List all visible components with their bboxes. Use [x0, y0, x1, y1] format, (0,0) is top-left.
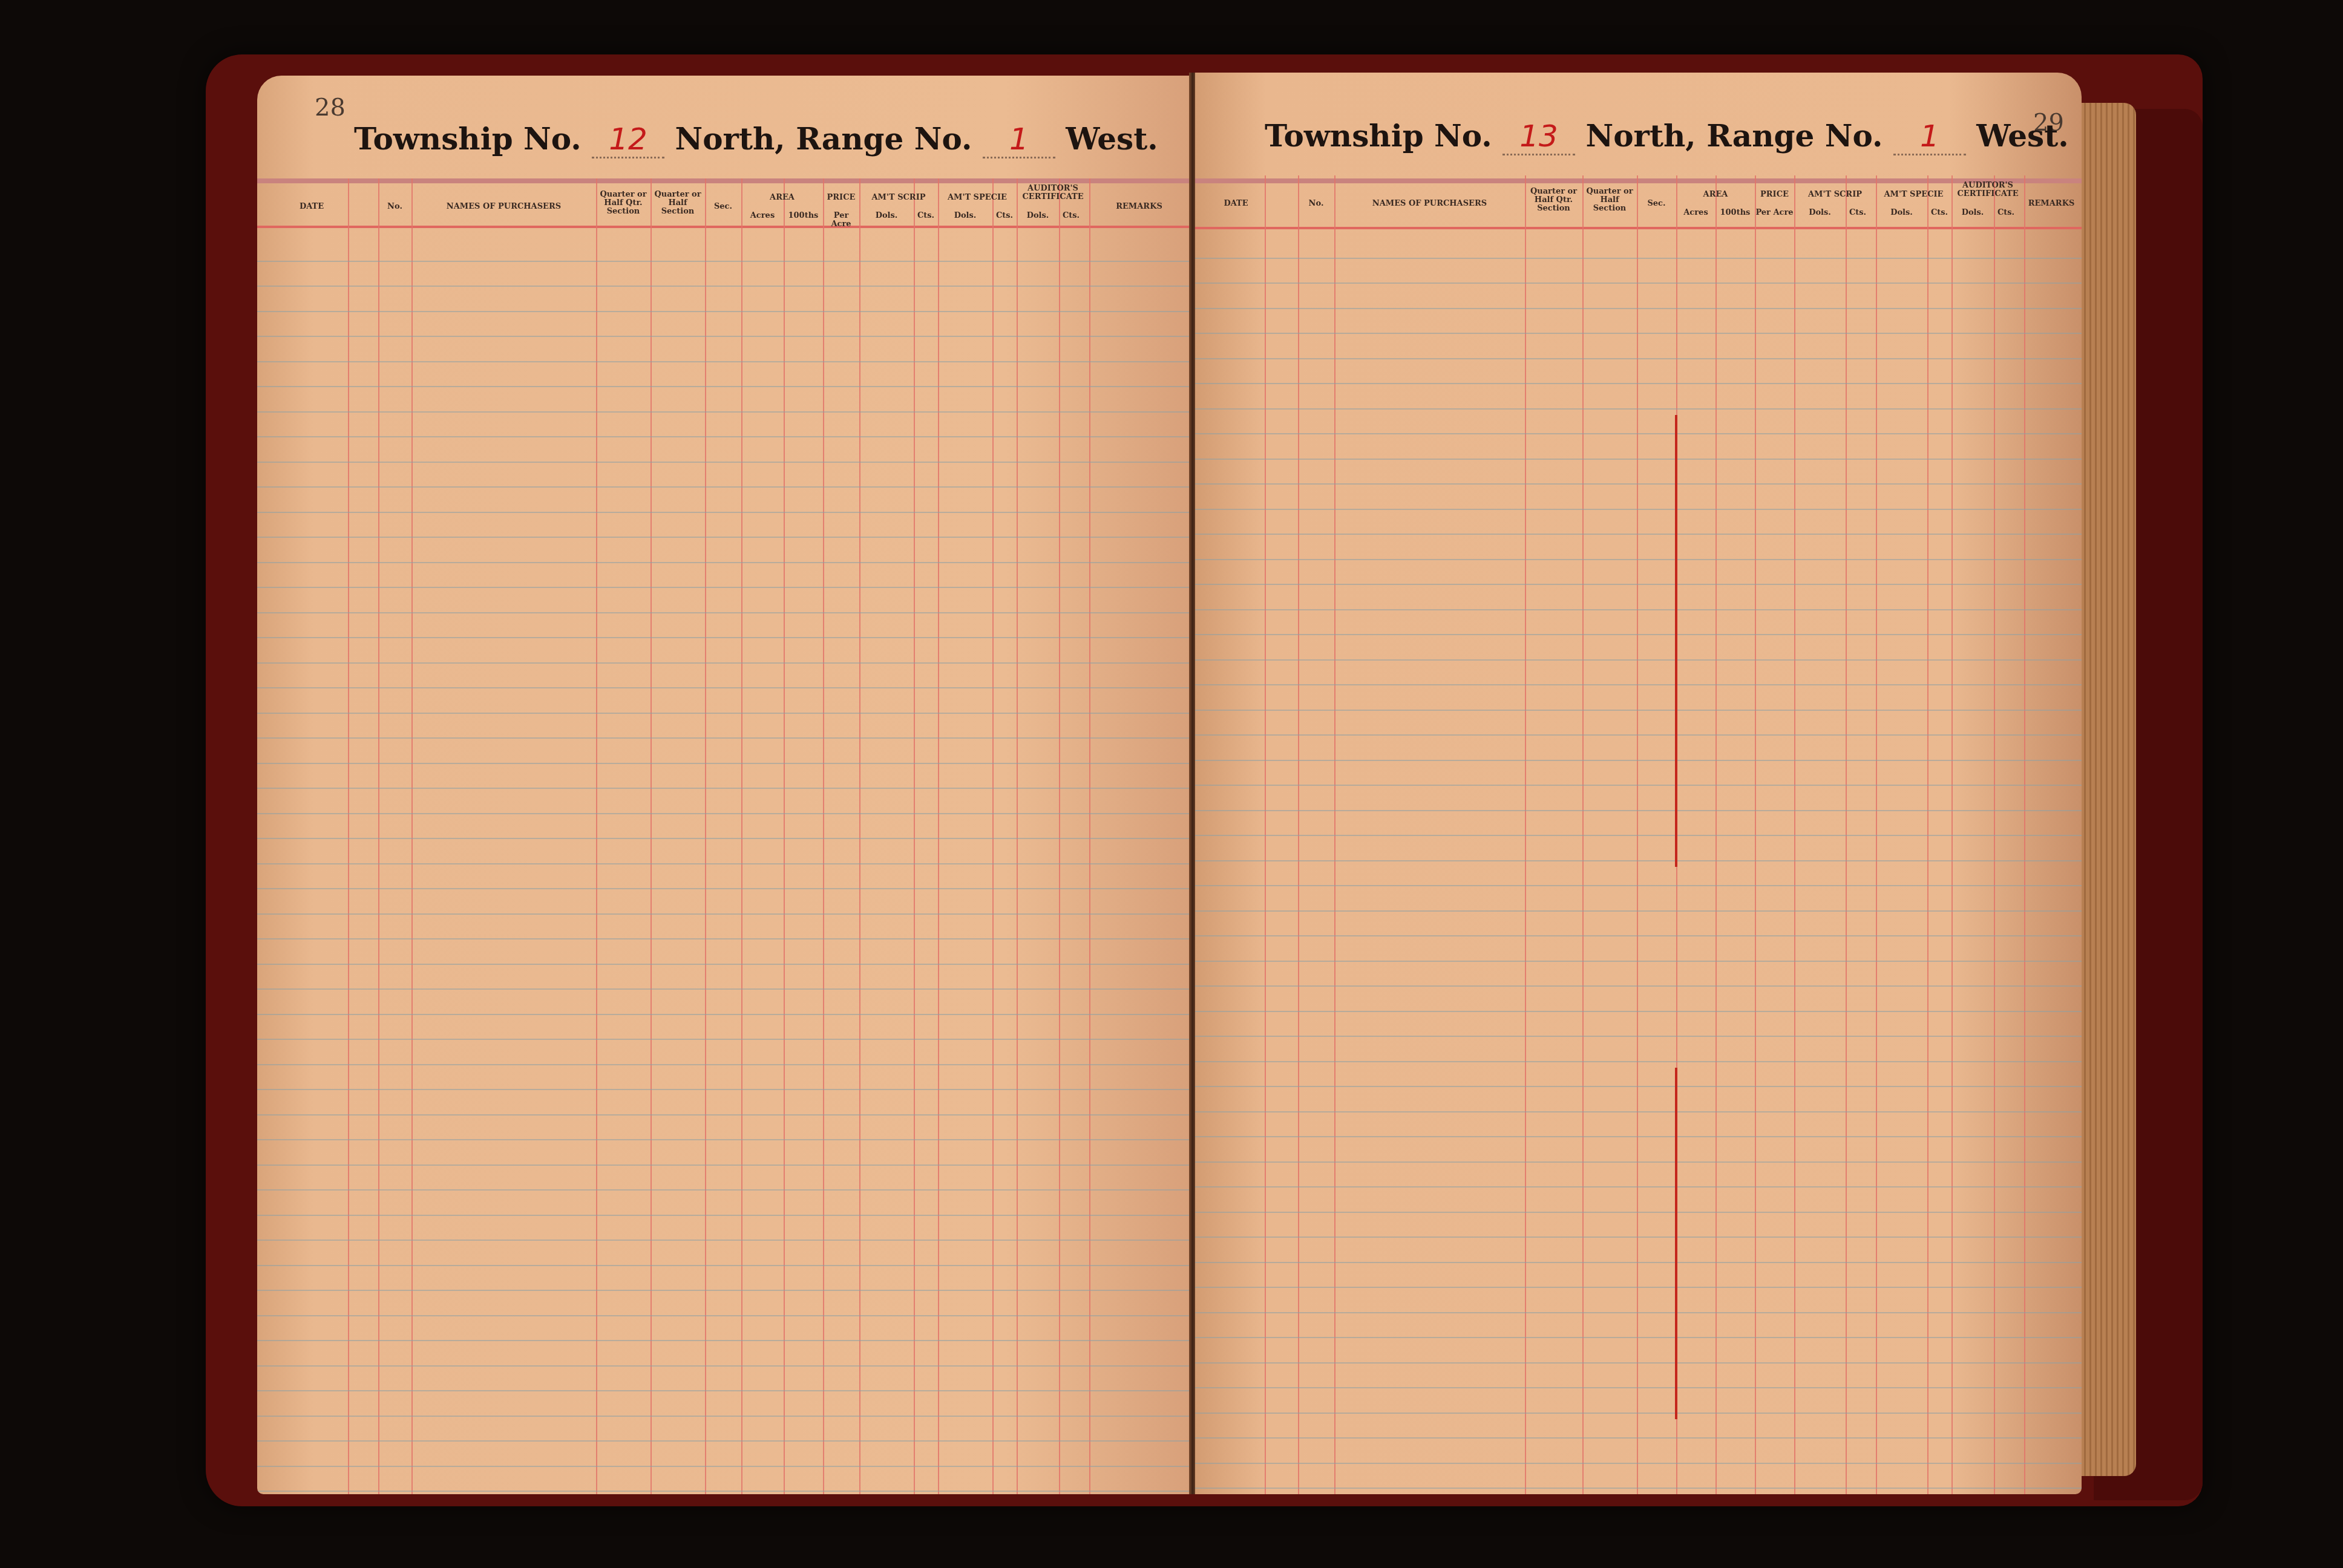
col-header-amt-scrip: AM'T SCRIP	[859, 194, 938, 202]
row-rule	[257, 1189, 1192, 1191]
column-rule	[1089, 178, 1090, 1494]
row-rule	[1195, 1236, 2082, 1238]
row-rule	[1195, 1111, 2082, 1112]
row-rule	[1195, 961, 2082, 962]
row-rule	[1195, 559, 2082, 560]
row-rule	[1195, 1061, 2082, 1062]
row-rule	[1195, 1488, 2082, 1489]
column-rule	[650, 178, 652, 1494]
column-rule	[938, 178, 939, 1494]
row-rule	[1195, 534, 2082, 535]
row-rule	[257, 386, 1192, 387]
row-rule	[257, 336, 1192, 337]
col-header-price: PRICE	[823, 194, 859, 202]
row-rule	[1195, 283, 2082, 284]
row-rule	[257, 1365, 1192, 1367]
row-rule	[1195, 885, 2082, 886]
column-rule	[914, 178, 915, 1494]
col-header-names: NAMES OF PURCHASERS	[411, 203, 596, 211]
row-rule	[1195, 509, 2082, 510]
row-rule	[257, 1340, 1192, 1341]
row-rule	[257, 562, 1192, 563]
column-rule	[741, 178, 742, 1494]
row-rule	[1195, 408, 2082, 410]
col-header-quarter-half-qtr: Quarter or Half Qtr. Section	[596, 191, 650, 216]
col-header-acres: Acres	[741, 212, 784, 220]
col-header-price: PRICE	[1755, 191, 1794, 199]
township-number: 12	[592, 122, 664, 158]
header-band	[257, 178, 1192, 183]
row-rule	[1195, 710, 2082, 711]
row-rule	[1195, 760, 2082, 761]
row-rule	[257, 1064, 1192, 1065]
row-rule	[257, 1315, 1192, 1316]
row-rule	[1195, 358, 2082, 359]
row-rule	[257, 462, 1192, 463]
row-rule	[257, 913, 1192, 915]
column-rule	[992, 178, 994, 1494]
township-number: 13	[1502, 119, 1575, 155]
row-rule	[257, 637, 1192, 638]
col-header-no: No.	[1298, 200, 1334, 208]
col-header-area: AREA	[741, 194, 823, 202]
row-rule	[257, 361, 1192, 362]
row-rule	[257, 512, 1192, 513]
row-rule	[1195, 734, 2082, 736]
title-range-label: North, Range No.	[675, 121, 972, 157]
row-rule	[1195, 1463, 2082, 1464]
row-rule	[1195, 634, 2082, 635]
page-title: Township No. 12 North, Range No. 1 West.	[354, 121, 1158, 158]
bracket-rule	[1675, 1068, 1677, 1269]
page-title: Township No. 13 North, Range No. 1 West.	[1265, 118, 2069, 155]
row-rule	[257, 938, 1192, 939]
col-header-cts: Cts.	[1927, 209, 1951, 217]
row-rule	[257, 1290, 1192, 1291]
col-header-area: AREA	[1676, 191, 1755, 199]
row-rule	[1195, 810, 2082, 811]
col-header-per-acre: Per Acre	[823, 212, 859, 229]
row-rule	[257, 1014, 1192, 1015]
header-band	[1195, 178, 2082, 183]
row-rule	[257, 1265, 1192, 1266]
col-header-amt-specie: AM'T SPECIE	[1876, 191, 1951, 199]
col-header-sec: Sec.	[705, 203, 741, 211]
row-rule	[1195, 910, 2082, 912]
col-header-100ths: 100ths	[1715, 209, 1755, 217]
row-rule	[257, 587, 1192, 588]
col-header-cts: Cts.	[1059, 212, 1083, 220]
col-header-amt-scrip: AM'T SCRIP	[1794, 191, 1876, 199]
row-rule	[1195, 1337, 2082, 1338]
col-header-cts: Cts.	[1994, 209, 2018, 217]
row-rule	[1195, 1011, 2082, 1012]
header-rule	[257, 226, 1192, 228]
bracket-rule	[1675, 1269, 1677, 1419]
row-rule	[1195, 308, 2082, 309]
row-rule	[257, 763, 1192, 764]
col-header-auditor-certificate: AUDITOR'S CERTIFICATE	[1951, 181, 2024, 198]
title-township-label: Township No.	[1265, 118, 1492, 154]
row-rule	[1195, 1212, 2082, 1213]
col-header-amt-specie: AM'T SPECIE	[938, 194, 1017, 202]
col-header-cts: Cts.	[992, 212, 1017, 220]
row-rule	[1195, 1161, 2082, 1163]
col-header-cts: Cts.	[1846, 209, 1870, 217]
col-header-quarter-half: Quarter or Half Section	[1582, 188, 1637, 213]
row-rule	[1195, 459, 2082, 460]
col-header-dols: Dols.	[1794, 209, 1846, 217]
column-rule	[348, 178, 349, 1494]
page-number: 28	[315, 94, 346, 122]
row-rule	[1195, 1186, 2082, 1187]
row-rule	[1195, 433, 2082, 434]
row-rule	[1195, 785, 2082, 786]
header-rule	[1195, 227, 2082, 229]
column-rule	[378, 178, 379, 1494]
col-header-per-acre: Per Acre	[1755, 209, 1794, 217]
row-rule	[257, 286, 1192, 287]
col-header-names: NAMES OF PURCHASERS	[1334, 200, 1525, 208]
col-header-100ths: 100ths	[784, 212, 823, 220]
row-rule	[1195, 935, 2082, 936]
col-header-dols: Dols.	[859, 212, 914, 220]
bracket-rule	[1675, 415, 1677, 641]
row-rule	[1195, 483, 2082, 485]
row-rule	[1195, 1362, 2082, 1364]
row-rule	[1195, 1136, 2082, 1137]
row-rule	[1195, 1312, 2082, 1313]
row-rule	[1195, 684, 2082, 685]
row-rule	[1195, 1387, 2082, 1388]
row-rule	[257, 1491, 1192, 1492]
row-rule	[1195, 1262, 2082, 1263]
row-rule	[1195, 1413, 2082, 1414]
bracket-rule	[1675, 641, 1677, 867]
ledger-page-left: 28 Township No. 12 North, Range No. 1 We…	[257, 76, 1192, 1494]
title-range-label: North, Range No.	[1586, 118, 1883, 154]
range-number: 1	[983, 122, 1055, 158]
range-number: 1	[1893, 119, 1966, 155]
row-rule	[1195, 383, 2082, 384]
row-rule	[257, 1139, 1192, 1140]
row-rule	[1195, 835, 2082, 836]
row-rule	[257, 687, 1192, 688]
row-rule	[1195, 333, 2082, 334]
col-header-sec: Sec.	[1637, 200, 1676, 208]
col-header-date: DATE	[275, 203, 348, 211]
row-rule	[257, 436, 1192, 437]
col-header-remarks: REMARKS	[2024, 200, 2079, 208]
row-rule	[1195, 985, 2082, 987]
row-rule	[257, 1440, 1192, 1442]
column-rule	[784, 178, 785, 1494]
row-rule	[257, 788, 1192, 789]
row-rule	[1195, 1086, 2082, 1087]
column-rule	[1059, 178, 1060, 1494]
row-rule	[257, 1039, 1192, 1040]
title-direction: West.	[1066, 121, 1158, 157]
row-rule	[257, 964, 1192, 965]
row-rule	[257, 813, 1192, 814]
row-rule	[257, 1089, 1192, 1090]
column-rule	[705, 178, 706, 1494]
col-header-dols: Dols.	[1017, 212, 1059, 220]
col-header-no: No.	[378, 203, 411, 211]
row-rule	[257, 737, 1192, 739]
row-rule	[1195, 584, 2082, 585]
col-header-cts: Cts.	[914, 212, 938, 220]
row-rule	[257, 261, 1192, 262]
row-rule	[1195, 860, 2082, 861]
ledger-page-right: 29 Township No. 13 North, Range No. 1 We…	[1195, 73, 2082, 1494]
column-rule	[1017, 178, 1018, 1494]
row-rule	[257, 311, 1192, 312]
row-rule	[1195, 1036, 2082, 1037]
row-rule	[257, 988, 1192, 990]
row-rule	[257, 838, 1192, 839]
row-rule	[257, 1466, 1192, 1467]
column-rule	[859, 178, 860, 1494]
row-rule	[257, 1240, 1192, 1241]
row-rule	[257, 486, 1192, 488]
row-rule	[257, 863, 1192, 864]
row-rule	[257, 537, 1192, 538]
col-header-quarter-half-qtr: Quarter or Half Qtr. Section	[1525, 188, 1582, 213]
row-rule	[257, 612, 1192, 613]
col-header-date: DATE	[1207, 200, 1265, 208]
row-rule	[257, 662, 1192, 664]
row-rule	[257, 1390, 1192, 1391]
row-rule	[1195, 659, 2082, 661]
title-township-label: Township No.	[354, 121, 582, 157]
row-rule	[1195, 258, 2082, 259]
row-rule	[257, 1165, 1192, 1166]
title-direction: West.	[1976, 118, 2069, 154]
row-rule	[1195, 1437, 2082, 1439]
column-rule	[596, 178, 597, 1494]
col-header-acres: Acres	[1676, 209, 1715, 217]
col-header-remarks: REMARKS	[1089, 203, 1189, 211]
col-header-dols: Dols.	[1951, 209, 1994, 217]
row-rule	[257, 411, 1192, 413]
column-rule	[823, 178, 824, 1494]
column-rule	[411, 178, 413, 1494]
col-header-auditor-certificate: AUDITOR'S CERTIFICATE	[1017, 185, 1089, 201]
row-rule	[257, 713, 1192, 714]
row-rule	[257, 1215, 1192, 1216]
col-header-dols: Dols.	[1876, 209, 1927, 217]
row-rule	[1195, 1287, 2082, 1288]
row-rule	[257, 1416, 1192, 1417]
row-rule	[257, 888, 1192, 889]
row-rule	[1195, 609, 2082, 610]
col-header-quarter-half: Quarter or Half Section	[650, 191, 705, 216]
col-header-dols: Dols.	[938, 212, 992, 220]
row-rule	[257, 1114, 1192, 1116]
